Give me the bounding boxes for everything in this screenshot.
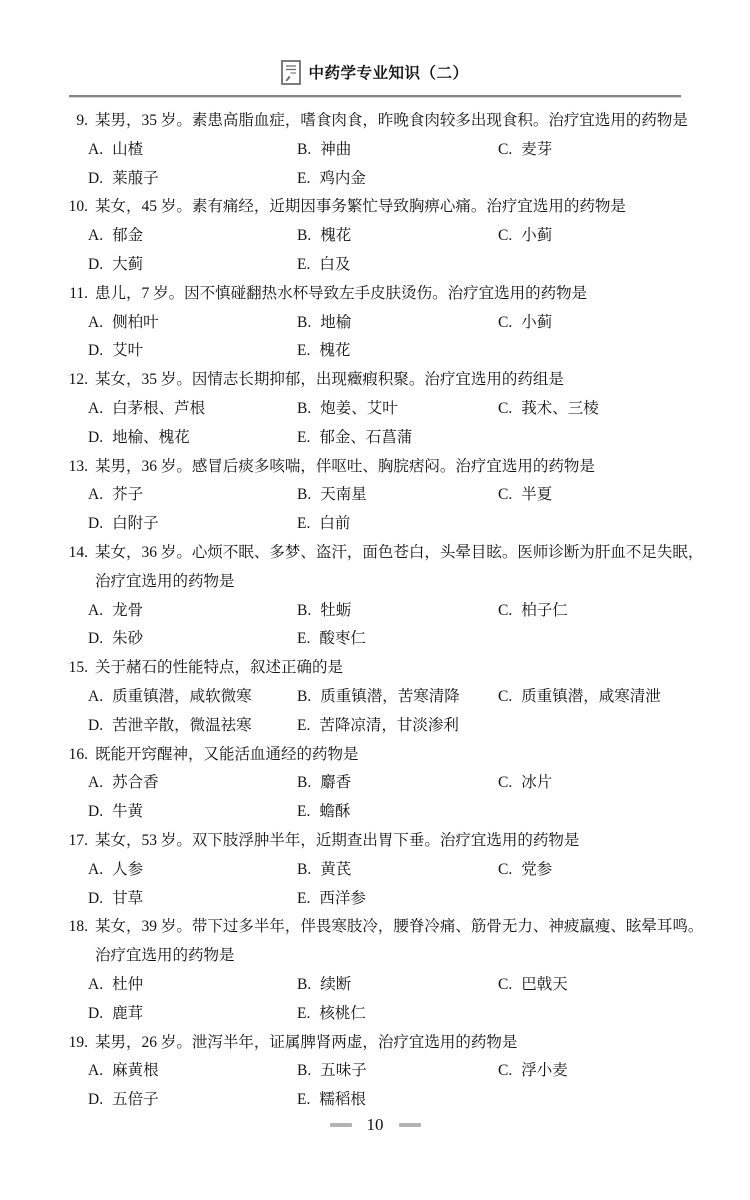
footer-dash-left [330, 1123, 352, 1127]
option-B: B.麝香 [297, 769, 498, 798]
option-text: 小蓟 [521, 227, 552, 244]
option-E: E.白及 [297, 251, 498, 280]
option-text: 黄芪 [320, 861, 351, 878]
option-text: 莱菔子 [112, 170, 159, 187]
option-letter: E. [297, 424, 310, 453]
option-D: D.莱菔子 [88, 165, 297, 194]
question-stem-text: 某女，36 岁。心烦不眠、多梦、盗汗，面色苍白，头晕目眩。医师诊断为肝血不足失眠… [95, 544, 703, 561]
question-number: 11. [63, 280, 95, 309]
question-stem-text: 某男，26 岁。泄泻半年，证属脾肾两虚，治疗宜选用的药物是 [95, 1034, 517, 1051]
option-letter: D. [88, 251, 103, 280]
question: 14.某女，36 岁。心烦不眠、多梦、盗汗，面色苍白，头晕目眩。医师诊断为肝血不… [63, 539, 700, 654]
option-text: 麦芽 [521, 141, 552, 158]
question-number: 17. [63, 827, 95, 856]
option-A: A.麻黄根 [88, 1057, 297, 1086]
option-E: E.西洋参 [297, 885, 498, 914]
question-stem-line: 16.既能开窍醒神，又能活血通经的药物是 [63, 741, 700, 770]
option-letter: C. [498, 683, 512, 712]
option-D: D.甘草 [88, 885, 297, 914]
option-letter: E. [297, 510, 310, 539]
question-stem-text: 某女，35 岁。因情志长期抑郁，出现癥瘕积聚。治疗宜选用的药组是 [95, 371, 564, 388]
option-text: 杜仲 [112, 976, 143, 993]
option-text: 莪术、三棱 [521, 400, 599, 417]
question-stem-text: 某女，39 岁。带下过多半年，伴畏寒肢冷，腰脊冷痛、筋骨无力、神疲羸瘦、眩晕耳鸣… [95, 918, 703, 935]
question-stem-line: 12.某女，35 岁。因情志长期抑郁，出现癥瘕积聚。治疗宜选用的药组是 [63, 366, 700, 395]
options-row: A.麻黄根B.五味子C.浮小麦 [63, 1057, 700, 1086]
option-C: C.质重镇潜，咸寒清泄 [498, 683, 700, 712]
option-B: B.五味子 [297, 1057, 498, 1086]
document-icon [281, 60, 301, 85]
option-text: 天南星 [320, 486, 367, 503]
option-text: 西洋参 [319, 890, 366, 907]
option-letter: B. [297, 309, 311, 338]
option-B: B.黄芪 [297, 856, 498, 885]
question-stem-line: 18.某女，39 岁。带下过多半年，伴畏寒肢冷，腰脊冷痛、筋骨无力、神疲羸瘦、眩… [63, 913, 700, 942]
question: 15.关于赭石的性能特点，叙述正确的是A.质重镇潜，咸软微寒B.质重镇潜，苦寒清… [63, 654, 700, 740]
option-text: 质重镇潜，苦寒清降 [320, 688, 460, 705]
option-text: 五倍子 [112, 1091, 159, 1108]
options-row: D.五倍子E.糯稻根 [63, 1086, 700, 1115]
question-stem-text: 既能开窍醒神，又能活血通经的药物是 [95, 746, 359, 763]
header-divider [69, 95, 681, 98]
question-stem-line: 治疗宜选用的药物是 [63, 942, 700, 971]
option-D: D.艾叶 [88, 337, 297, 366]
option-letter: D. [88, 625, 103, 654]
option-text: 牛黄 [112, 803, 143, 820]
option-E: E.鸡内金 [297, 165, 498, 194]
question: 19.某男，26 岁。泄泻半年，证属脾肾两虚，治疗宜选用的药物是A.麻黄根B.五… [63, 1029, 700, 1115]
option-A: A.侧柏叶 [88, 309, 297, 338]
options-row: A.杜仲B.续断C.巴戟天 [63, 971, 700, 1000]
question-stem-text: 治疗宜选用的药物是 [95, 573, 235, 590]
option-E: E.蟾酥 [297, 798, 498, 827]
option-text: 酸枣仁 [319, 630, 366, 647]
option-text: 质重镇潜，咸寒清泄 [521, 688, 661, 705]
option-text: 鹿茸 [112, 1005, 143, 1022]
option-letter: D. [88, 337, 103, 366]
option-D: D.五倍子 [88, 1086, 297, 1115]
option-D: D.地榆、槐花 [88, 424, 297, 453]
option-text: 芥子 [112, 486, 143, 503]
option-letter: B. [297, 683, 311, 712]
question-number: 13. [63, 453, 95, 482]
option-letter: D. [88, 1000, 103, 1029]
option-B: B.牡蛎 [297, 597, 498, 626]
option-letter: A. [88, 395, 103, 424]
question: 12.某女，35 岁。因情志长期抑郁，出现癥瘕积聚。治疗宜选用的药组是A.白茅根… [63, 366, 700, 452]
option-text: 大蓟 [112, 256, 143, 273]
option-text: 槐花 [320, 227, 351, 244]
option-letter: C. [498, 1057, 512, 1086]
question-stem-line: 19.某男，26 岁。泄泻半年，证属脾肾两虚，治疗宜选用的药物是 [63, 1029, 700, 1058]
question-stem-line: 治疗宜选用的药物是 [63, 568, 700, 597]
option-text: 侧柏叶 [112, 314, 159, 331]
option-letter: A. [88, 769, 103, 798]
option-text: 艾叶 [112, 342, 143, 359]
options-row: D.白附子E.白前 [63, 510, 700, 539]
option-text: 地榆、槐花 [112, 429, 190, 446]
option-letter: A. [88, 222, 103, 251]
options-row: A.郁金B.槐花C.小蓟 [63, 222, 700, 251]
option-letter: D. [88, 510, 103, 539]
option-letter: B. [297, 597, 311, 626]
option-letter: E. [297, 712, 310, 741]
option-letter: C. [498, 597, 512, 626]
question-stem-line: 11.患儿，7 岁。因不慎碰翻热水杯导致左手皮肤烫伤。治疗宜选用的药物是 [63, 280, 700, 309]
option-letter: C. [498, 856, 512, 885]
option-C: C.麦芽 [498, 136, 700, 165]
question-number: 14. [63, 539, 95, 568]
option-letter: D. [88, 165, 103, 194]
options-row: D.苦泄辛散，微温祛寒E.苦降凉清，甘淡渗利 [63, 712, 700, 741]
question-stem-text: 某男，35 岁。素患高脂血症，嗜食肉食，昨晚食肉较多出现食积。治疗宜选用的药物是 [95, 112, 688, 129]
option-text: 郁金、石菖蒲 [319, 429, 412, 446]
options-row: A.白茅根、芦根B.炮姜、艾叶C.莪术、三棱 [63, 395, 700, 424]
option-text: 核桃仁 [319, 1005, 366, 1022]
question-stem-line: 13.某男，36 岁。感冒后痰多咳喘，伴呕吐、胸脘痞闷。治疗宜选用的药物是 [63, 453, 700, 482]
option-E: E.苦降凉清，甘淡渗利 [297, 712, 498, 741]
option-A: A.杜仲 [88, 971, 297, 1000]
question-stem-line: 9.某男，35 岁。素患高脂血症，嗜食肉食，昨晚食肉较多出现食积。治疗宜选用的药… [63, 107, 700, 136]
option-letter: B. [297, 971, 311, 1000]
option-text: 巴戟天 [521, 976, 568, 993]
option-text: 白茅根、芦根 [112, 400, 205, 417]
option-text: 白前 [319, 515, 350, 532]
option-D: D.大蓟 [88, 251, 297, 280]
question-number: 19. [63, 1029, 95, 1058]
option-text: 炮姜、艾叶 [320, 400, 398, 417]
option-A: A.质重镇潜，咸软微寒 [88, 683, 297, 712]
question: 10.某女，45 岁。素有痛经，近期因事务繁忙导致胸痹心痛。治疗宜选用的药物是A… [63, 193, 700, 279]
options-row: D.朱砂E.酸枣仁 [63, 625, 700, 654]
option-letter: C. [498, 971, 512, 1000]
option-B: B.地榆 [297, 309, 498, 338]
question-number: 16. [63, 741, 95, 770]
question-stem-text: 治疗宜选用的药物是 [95, 947, 235, 964]
option-letter: C. [498, 481, 512, 510]
question-stem-line: 14.某女，36 岁。心烦不眠、多梦、盗汗，面色苍白，头晕目眩。医师诊断为肝血不… [63, 539, 700, 568]
option-text: 神曲 [320, 141, 351, 158]
option-letter: E. [297, 1000, 310, 1029]
option-text: 甘草 [112, 890, 143, 907]
option-A: A.山楂 [88, 136, 297, 165]
page-footer: 10 [0, 1116, 750, 1133]
option-C: C.冰片 [498, 769, 700, 798]
option-letter: E. [297, 885, 310, 914]
option-text: 龙骨 [112, 602, 143, 619]
question: 16.既能开窍醒神，又能活血通经的药物是A.苏合香B.麝香C.冰片D.牛黄E.蟾… [63, 741, 700, 827]
option-letter: B. [297, 222, 311, 251]
option-C: C.浮小麦 [498, 1057, 700, 1086]
option-text: 白及 [319, 256, 350, 273]
option-letter: A. [88, 597, 103, 626]
option-E: E.槐花 [297, 337, 498, 366]
option-letter: E. [297, 798, 310, 827]
option-C: C.半夏 [498, 481, 700, 510]
option-letter: A. [88, 136, 103, 165]
options-row: D.鹿茸E.核桃仁 [63, 1000, 700, 1029]
option-text: 牡蛎 [320, 602, 351, 619]
option-letter: D. [88, 885, 103, 914]
option-E: E.糯稻根 [297, 1086, 498, 1115]
options-row: D.牛黄E.蟾酥 [63, 798, 700, 827]
option-text: 苏合香 [112, 774, 159, 791]
page-header: 中药学专业知识（二） [0, 0, 750, 87]
option-letter: B. [297, 395, 311, 424]
option-E: E.郁金、石菖蒲 [297, 424, 498, 453]
question-stem-line: 17.某女，53 岁。双下肢浮肿半年，近期查出胃下垂。治疗宜选用的药物是 [63, 827, 700, 856]
option-text: 白附子 [112, 515, 159, 532]
option-letter: B. [297, 856, 311, 885]
page-title: 中药学专业知识（二） [308, 61, 468, 83]
option-letter: D. [88, 712, 103, 741]
option-B: B.炮姜、艾叶 [297, 395, 498, 424]
option-text: 小蓟 [521, 314, 552, 331]
option-C: C.小蓟 [498, 309, 700, 338]
option-B: B.槐花 [297, 222, 498, 251]
option-letter: E. [297, 625, 310, 654]
questions-list: 9.某男，35 岁。素患高脂血症，嗜食肉食，昨晚食肉较多出现食积。治疗宜选用的药… [63, 107, 700, 1115]
option-text: 槐花 [319, 342, 350, 359]
option-letter: C. [498, 309, 512, 338]
options-row: D.甘草E.西洋参 [63, 885, 700, 914]
options-row: A.龙骨B.牡蛎C.柏子仁 [63, 597, 700, 626]
option-text: 浮小麦 [521, 1062, 568, 1079]
option-text: 冰片 [521, 774, 552, 791]
option-text: 人参 [112, 861, 143, 878]
question-stem-text: 患儿，7 岁。因不慎碰翻热水杯导致左手皮肤烫伤。治疗宜选用的药物是 [95, 285, 587, 302]
option-letter: C. [498, 136, 512, 165]
option-B: B.天南星 [297, 481, 498, 510]
option-D: D.朱砂 [88, 625, 297, 654]
option-letter: E. [297, 337, 310, 366]
option-text: 朱砂 [112, 630, 143, 647]
question-stem-text: 某女，53 岁。双下肢浮肿半年，近期查出胃下垂。治疗宜选用的药物是 [95, 832, 579, 849]
option-B: B.质重镇潜，苦寒清降 [297, 683, 498, 712]
option-text: 鸡内金 [319, 170, 366, 187]
question: 13.某男，36 岁。感冒后痰多咳喘，伴呕吐、胸脘痞闷。治疗宜选用的药物是A.芥… [63, 453, 700, 539]
option-text: 山楂 [112, 141, 143, 158]
option-C: C.小蓟 [498, 222, 700, 251]
option-letter: B. [297, 769, 311, 798]
option-letter: E. [297, 165, 310, 194]
option-text: 五味子 [320, 1062, 367, 1079]
option-E: E.白前 [297, 510, 498, 539]
option-A: A.芥子 [88, 481, 297, 510]
option-A: A.白茅根、芦根 [88, 395, 297, 424]
options-row: D.地榆、槐花E.郁金、石菖蒲 [63, 424, 700, 453]
option-text: 苦降凉清，甘淡渗利 [319, 717, 459, 734]
option-C: C.党参 [498, 856, 700, 885]
option-E: E.酸枣仁 [297, 625, 498, 654]
option-C: C.巴戟天 [498, 971, 700, 1000]
option-letter: A. [88, 1057, 103, 1086]
option-A: A.郁金 [88, 222, 297, 251]
option-letter: E. [297, 251, 310, 280]
option-A: A.人参 [88, 856, 297, 885]
option-text: 柏子仁 [521, 602, 568, 619]
question-stem-line: 15.关于赭石的性能特点，叙述正确的是 [63, 654, 700, 683]
option-E: E.核桃仁 [297, 1000, 498, 1029]
options-row: A.山楂B.神曲C.麦芽 [63, 136, 700, 165]
question-number: 15. [63, 654, 95, 683]
question-number: 10. [63, 193, 95, 222]
question: 11.患儿，7 岁。因不慎碰翻热水杯导致左手皮肤烫伤。治疗宜选用的药物是A.侧柏… [63, 280, 700, 366]
option-C: C.莪术、三棱 [498, 395, 700, 424]
option-text: 苦泄辛散，微温祛寒 [112, 717, 252, 734]
option-B: B.续断 [297, 971, 498, 1000]
option-B: B.神曲 [297, 136, 498, 165]
option-letter: C. [498, 769, 512, 798]
question-stem-text: 关于赭石的性能特点，叙述正确的是 [95, 659, 343, 676]
option-text: 半夏 [521, 486, 552, 503]
question-stem-text: 某女，45 岁。素有痛经，近期因事务繁忙导致胸痹心痛。治疗宜选用的药物是 [95, 198, 626, 215]
option-letter: D. [88, 424, 103, 453]
options-row: D.大蓟E.白及 [63, 251, 700, 280]
question-number: 12. [63, 366, 95, 395]
exam-page: 中药学专业知识（二） 9.某男，35 岁。素患高脂血症，嗜食肉食，昨晚食肉较多出… [0, 0, 750, 1200]
option-text: 质重镇潜，咸软微寒 [112, 688, 252, 705]
option-letter: A. [88, 856, 103, 885]
question-stem-line: 10.某女，45 岁。素有痛经，近期因事务繁忙导致胸痹心痛。治疗宜选用的药物是 [63, 193, 700, 222]
option-letter: B. [297, 136, 311, 165]
options-row: D.艾叶E.槐花 [63, 337, 700, 366]
option-text: 麻黄根 [112, 1062, 159, 1079]
option-D: D.牛黄 [88, 798, 297, 827]
option-text: 续断 [320, 976, 351, 993]
option-letter: E. [297, 1086, 310, 1115]
option-letter: A. [88, 971, 103, 1000]
option-D: D.白附子 [88, 510, 297, 539]
options-row: A.芥子B.天南星C.半夏 [63, 481, 700, 510]
option-D: D.鹿茸 [88, 1000, 297, 1029]
option-letter: A. [88, 309, 103, 338]
option-letter: D. [88, 1086, 103, 1115]
option-letter: A. [88, 481, 103, 510]
question-number: 9. [63, 107, 95, 136]
options-row: D.莱菔子E.鸡内金 [63, 165, 700, 194]
option-letter: B. [297, 1057, 311, 1086]
page-number: 10 [367, 1116, 384, 1133]
option-text: 郁金 [112, 227, 143, 244]
options-row: A.质重镇潜，咸软微寒B.质重镇潜，苦寒清降C.质重镇潜，咸寒清泄 [63, 683, 700, 712]
question: 9.某男，35 岁。素患高脂血症，嗜食肉食，昨晚食肉较多出现食积。治疗宜选用的药… [63, 107, 700, 193]
question: 17.某女，53 岁。双下肢浮肿半年，近期查出胃下垂。治疗宜选用的药物是A.人参… [63, 827, 700, 913]
option-D: D.苦泄辛散，微温祛寒 [88, 712, 297, 741]
options-row: A.侧柏叶B.地榆C.小蓟 [63, 309, 700, 338]
option-text: 蟾酥 [319, 803, 350, 820]
option-letter: B. [297, 481, 311, 510]
footer-dash-right [399, 1123, 421, 1127]
option-text: 糯稻根 [319, 1091, 366, 1108]
option-letter: A. [88, 683, 103, 712]
option-text: 地榆 [320, 314, 351, 331]
question-number: 18. [63, 913, 95, 942]
question-stem-text: 某男，36 岁。感冒后痰多咳喘，伴呕吐、胸脘痞闷。治疗宜选用的药物是 [95, 458, 595, 475]
option-letter: C. [498, 222, 512, 251]
question: 18.某女，39 岁。带下过多半年，伴畏寒肢冷，腰脊冷痛、筋骨无力、神疲羸瘦、眩… [63, 913, 700, 1028]
option-A: A.龙骨 [88, 597, 297, 626]
option-C: C.柏子仁 [498, 597, 700, 626]
option-A: A.苏合香 [88, 769, 297, 798]
option-letter: C. [498, 395, 512, 424]
options-row: A.苏合香B.麝香C.冰片 [63, 769, 700, 798]
option-text: 党参 [521, 861, 552, 878]
options-row: A.人参B.黄芪C.党参 [63, 856, 700, 885]
option-letter: D. [88, 798, 103, 827]
option-text: 麝香 [320, 774, 351, 791]
